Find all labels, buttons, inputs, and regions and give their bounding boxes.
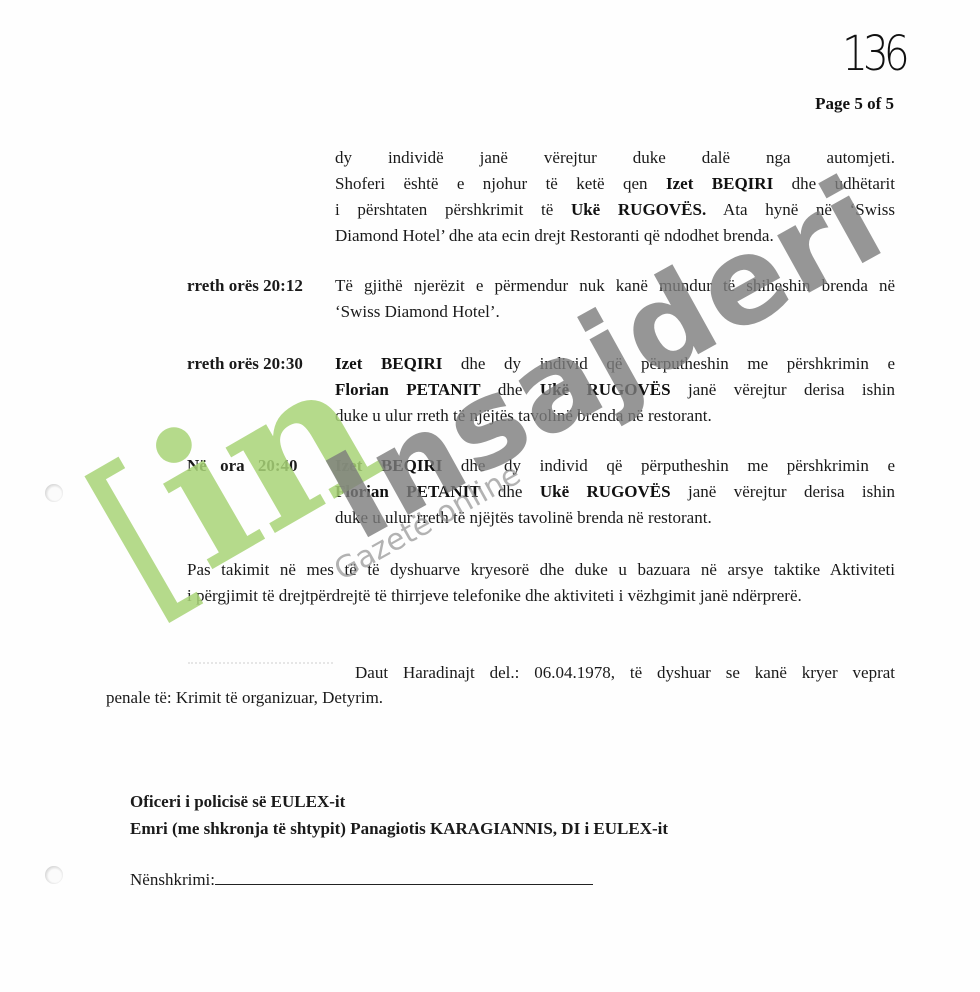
entry-2-line-1: Izet BEQIRI dhe dy individ që përputhesh… <box>335 453 895 479</box>
signature-label: Nënshkrimi: <box>130 870 215 889</box>
time-label-2012: rreth orës 20:12 <box>187 273 303 299</box>
signature-block: Oficeri i policisë së EULEX-it Emri (me … <box>130 788 668 842</box>
redacted-area <box>188 662 333 674</box>
entry-2-line-2: Florian PETANIT dhe Ukë RUGOVËS janë vër… <box>335 479 895 505</box>
entry-2-line-3: duke u ulur rreth të njëjtës tavolinë br… <box>335 505 895 531</box>
continuation-line-3: i përshtaten përshkrimit të Ukë RUGOVËS.… <box>335 197 895 223</box>
entry-2030-text: Izet BEQIRI dhe dy individ që përputhesh… <box>335 351 895 429</box>
entry-1-line-3: duke u ulur rreth të njëjtës tavolinë br… <box>335 403 895 429</box>
hole-punch-top <box>45 484 63 502</box>
conclusion-paragraph: Pas takimit në mes të të dyshuarve kryes… <box>187 557 895 609</box>
entry-0-line-1: Të gjithë njerëzit e përmendur nuk kanë … <box>335 273 895 299</box>
entry-1-line-2: Florian PETANIT dhe Ukë RUGOVËS janë vër… <box>335 377 895 403</box>
suspect-line-2: penale të: Krimit të organizuar, Detyrim… <box>106 685 383 711</box>
hole-punch-bottom <box>45 866 63 884</box>
entry-2012-text: Të gjithë njerëzit e përmendur nuk kanë … <box>335 273 895 325</box>
continuation-line-1: dy individë janë vërejtur duke dalë nga … <box>335 145 895 171</box>
continuation-paragraph: dy individë janë vërejtur duke dalë nga … <box>335 145 895 249</box>
continuation-line-2: Shoferi është e njohur të ketë qen Izet … <box>335 171 895 197</box>
time-label-2030: rreth orës 20:30 <box>187 351 303 377</box>
time-label-2040: Në ora 20:40 <box>187 453 298 479</box>
continuation-line-4: Diamond Hotel’ dhe ata ecin drejt Restor… <box>335 223 895 249</box>
signature-field <box>215 866 593 885</box>
suspect-line-1: Daut Haradinajt del.: 06.04.1978, të dys… <box>355 660 895 686</box>
signature-line-row: Nënshkrimi: <box>130 866 593 893</box>
conclusion-line-2: i përgjimit të drejtpërdrejtë të thirrje… <box>187 583 895 609</box>
entry-0-line-2: ‘Swiss Diamond Hotel’. <box>335 299 895 325</box>
page-indicator: Page 5 of 5 <box>815 94 894 114</box>
conclusion-line-1: Pas takimit në mes të të dyshuarve kryes… <box>187 557 895 583</box>
officer-name: Emri (me shkronja të shtypit) Panagiotis… <box>130 815 668 842</box>
handwritten-page-number: 136 <box>842 26 905 82</box>
officer-title: Oficeri i policisë së EULEX-it <box>130 788 668 815</box>
entry-2040-text: Izet BEQIRI dhe dy individ që përputhesh… <box>335 453 895 531</box>
entry-1-line-1: Izet BEQIRI dhe dy individ që përputhesh… <box>335 351 895 377</box>
